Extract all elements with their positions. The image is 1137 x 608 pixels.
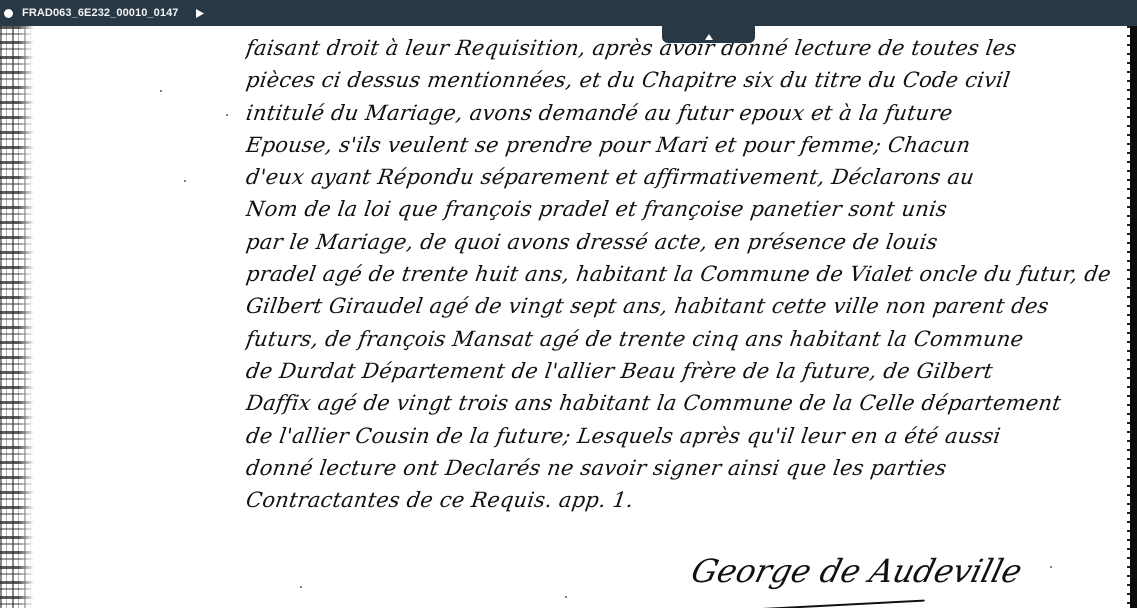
play-button[interactable]	[193, 6, 207, 20]
manuscript-line: d'eux ayant Répondu séparement et affirm…	[244, 161, 1134, 193]
manuscript-line: Epouse, s'ils veulent se prendre pour Ma…	[244, 129, 1134, 161]
status-circle-icon	[4, 9, 13, 18]
paper-speckle	[226, 114, 228, 116]
manuscript-line: donné lecture ont Declarés ne savoir sig…	[244, 452, 1134, 484]
manuscript-line: Contractantes de ce Requis. app. 1.	[244, 484, 1134, 516]
manuscript-text: faisant droit à leur Requisition, après …	[244, 26, 1129, 516]
manuscript-line: Daffix agé de vingt trois ans habitant l…	[244, 387, 1134, 419]
manuscript-line: de Durdat Département de l'allier Beau f…	[244, 355, 1134, 387]
document-title: FRAD063_6E232_00010_0147	[22, 7, 179, 19]
manuscript-line: futurs, de françois Mansat agé de trente…	[244, 323, 1134, 355]
scan-edge-border	[1130, 26, 1137, 608]
document-image-viewer[interactable]: faisant droit à leur Requisition, après …	[0, 26, 1137, 608]
page-binding-edge	[0, 26, 34, 608]
manuscript-line: pièces ci dessus mentionnées, et du Chap…	[244, 64, 1134, 96]
manuscript-line: de l'allier Cousin de la future; Lesquel…	[244, 420, 1134, 452]
paper-speckle	[160, 90, 162, 92]
paper-speckle	[565, 596, 567, 598]
play-icon	[196, 9, 204, 18]
manuscript-line: pradel agé de trente huit ans, habitant …	[244, 258, 1134, 290]
manuscript-line: Nom de la loi que françois pradel et fra…	[244, 193, 1134, 225]
chevron-up-icon	[705, 34, 713, 40]
paper-speckle	[1050, 566, 1052, 568]
manuscript-line: Gilbert Giraudel agé de vingt sept ans, …	[244, 290, 1134, 322]
paper-speckle	[184, 180, 186, 182]
collapse-toolbar-toggle[interactable]	[662, 25, 755, 43]
officiant-signature: George de Audeville	[683, 552, 1017, 608]
title-bar: FRAD063_6E232_00010_0147	[0, 0, 1137, 26]
paper-speckle	[300, 586, 302, 588]
manuscript-line: intitulé du Mariage, avons demandé au fu…	[244, 97, 1134, 129]
manuscript-line: par le Mariage, de quoi avons dressé act…	[244, 226, 1134, 258]
